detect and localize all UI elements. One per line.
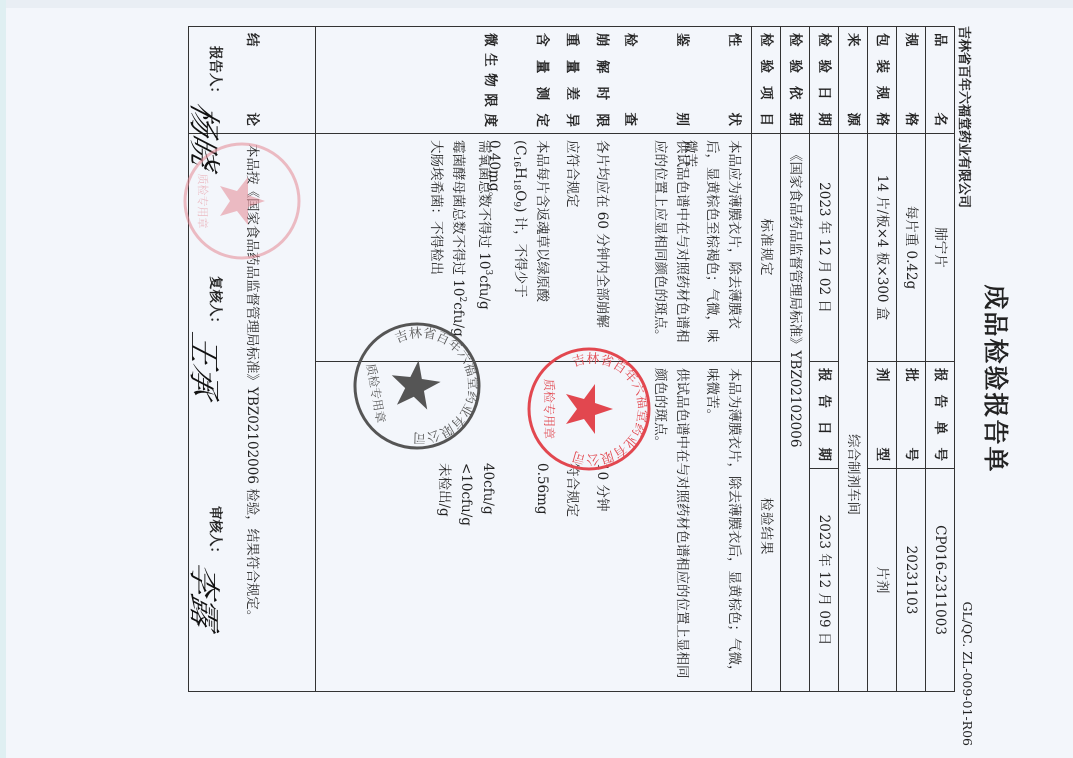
- stamp-seal-icon: 吉林省百年六福堂药业有限公司 质检专用章: [525, 345, 653, 473]
- label-report-no: 报告单号: [926, 362, 955, 469]
- approver-signature-ink: 李露: [183, 558, 229, 634]
- value-dosage-form: 片剂: [868, 469, 897, 692]
- report-page: 成品检验报告单 吉林省百年六福堂药业有限公司 GL/QC. ZL-009-01-…: [0, 0, 1073, 758]
- standard-identification: 供试品色谱中在与对照药材色谱相应的位置上应显相同颜色的斑点。: [641, 140, 693, 355]
- items-labels: 性状 鉴别 检查 崩解时限 重量差异 含量测定 微生物限度: [316, 27, 752, 134]
- standard-disintegration: 各片均应在 60 分钟内全部崩解: [583, 140, 613, 355]
- item-label-assay: 含量测定: [501, 33, 553, 127]
- reporter-label: 报告人：: [207, 46, 227, 100]
- value-report-date: 2023 年 12 月 09 日: [810, 469, 839, 692]
- svg-text:质检专用章: 质检专用章: [196, 174, 210, 229]
- reviewer-signature-ink: 王承: [183, 328, 229, 404]
- item-label-inspection: 检查: [613, 33, 641, 127]
- result-microbial-ecoli: 未检出/g: [433, 463, 455, 685]
- item-label-identification: 鉴别: [641, 33, 693, 127]
- item-label-disintegration: 崩解时限: [583, 33, 613, 127]
- row-packaging: 包装规格 14 片/板×4 板×300 盒 剂型 片剂: [868, 27, 897, 692]
- standard-microbial-aerobic: 需氧菌总数不得过 103cfu/g: [473, 140, 499, 355]
- label-basis: 检验依据: [781, 27, 810, 134]
- label-spec: 规格: [897, 27, 926, 134]
- company-name: 吉林省百年六福堂药业有限公司: [956, 26, 975, 208]
- row-source: 来源 综合制剂车间: [839, 27, 868, 692]
- item-label-weight-variation: 重量差异: [553, 33, 583, 127]
- label-report-date: 报告日期: [810, 362, 839, 469]
- standard-inspection: [613, 140, 641, 355]
- result-microbial-aerobic: 40cfu/g: [477, 463, 499, 685]
- value-batch-no: 20231103: [897, 469, 926, 692]
- header-result: 检验结果: [752, 362, 781, 692]
- row-product-name: 品名 肺宁片 报告单号 CP016-2311003: [926, 27, 955, 692]
- label-dosage-form: 剂型: [868, 362, 897, 469]
- document-number: GL/QC. ZL-009-01-R06: [960, 601, 975, 746]
- value-source: 综合制剂车间: [839, 134, 868, 692]
- value-product-name: 肺宁片: [926, 134, 955, 362]
- label-source: 来源: [839, 27, 868, 134]
- document-title: 成品检验报告单: [979, 0, 1015, 758]
- row-basis: 检验依据 《国家食品药品监督管理局标准》YBZ02102006: [781, 27, 810, 692]
- qc-stamp-gray: 吉林省百年六福堂药业有限公司 质检专用章: [341, 310, 494, 463]
- label-test-date: 检验日期: [810, 27, 839, 134]
- result-appearance: 本品为薄膜衣片，除去薄膜衣后，显黄棕色；气微，味微苦。: [693, 368, 745, 685]
- svg-text:质检专用章: 质检专用章: [542, 379, 557, 439]
- signature-row: 报告人： 杨晓 复核人： 王承 审核人： 李露: [167, 26, 227, 706]
- value-spec: 每片重 0.42g: [897, 134, 926, 362]
- value-basis: 《国家食品药品监督管理局标准》YBZ02102006: [781, 134, 810, 692]
- reviewer-signature: 复核人： 王承: [183, 276, 227, 398]
- label-packaging: 包装规格: [868, 27, 897, 134]
- standard-weight-variation: 应符合规定: [553, 140, 583, 355]
- label-product-name: 品名: [926, 27, 955, 134]
- header-item: 检验项目: [752, 27, 781, 134]
- approver-label: 审核人：: [207, 506, 227, 560]
- qc-stamp-red: 吉林省百年六福堂药业有限公司 质检专用章: [525, 345, 653, 473]
- value-report-no: CP016-2311003: [926, 469, 955, 692]
- standard-appearance: 本品应为薄膜衣片，除去薄膜衣后，显黄棕色至棕褐色；气微，味微苦。: [693, 140, 745, 355]
- row-spec: 规格 每片重 0.42g 批号 20231103: [897, 27, 926, 692]
- result-microbial-mold: <10cfu/g: [455, 463, 477, 685]
- stamp-seal-icon: 质检专用章: [181, 140, 303, 262]
- reviewer-label: 复核人：: [207, 276, 227, 330]
- value-test-date: 2023 年 12 月 02 日: [810, 134, 839, 362]
- row-items-header: 检验项目 标准规定 检验结果: [752, 27, 781, 692]
- svg-text:质检专用章: 质检专用章: [364, 362, 389, 424]
- row-test-date: 检验日期 2023 年 12 月 02 日 报告日期 2023 年 12 月 0…: [810, 27, 839, 692]
- approver-signature: 审核人： 李露: [183, 506, 227, 628]
- value-packaging: 14 片/板×4 板×300 盒: [868, 134, 897, 362]
- stamp-seal-icon: 吉林省百年六福堂药业有限公司 质检专用章: [341, 310, 494, 463]
- header-standard: 标准规定: [752, 134, 781, 362]
- label-batch-no: 批号: [897, 362, 926, 469]
- standard-assay: 本品每片含返魂草以绿原酸 (C16H18O9) 计，不得少于 0.40mg。: [501, 140, 553, 355]
- qc-stamp-pink: 质检专用章: [181, 140, 303, 262]
- item-label-microbial: 微生物限度: [321, 33, 501, 127]
- item-label-appearance: 性状: [693, 33, 745, 127]
